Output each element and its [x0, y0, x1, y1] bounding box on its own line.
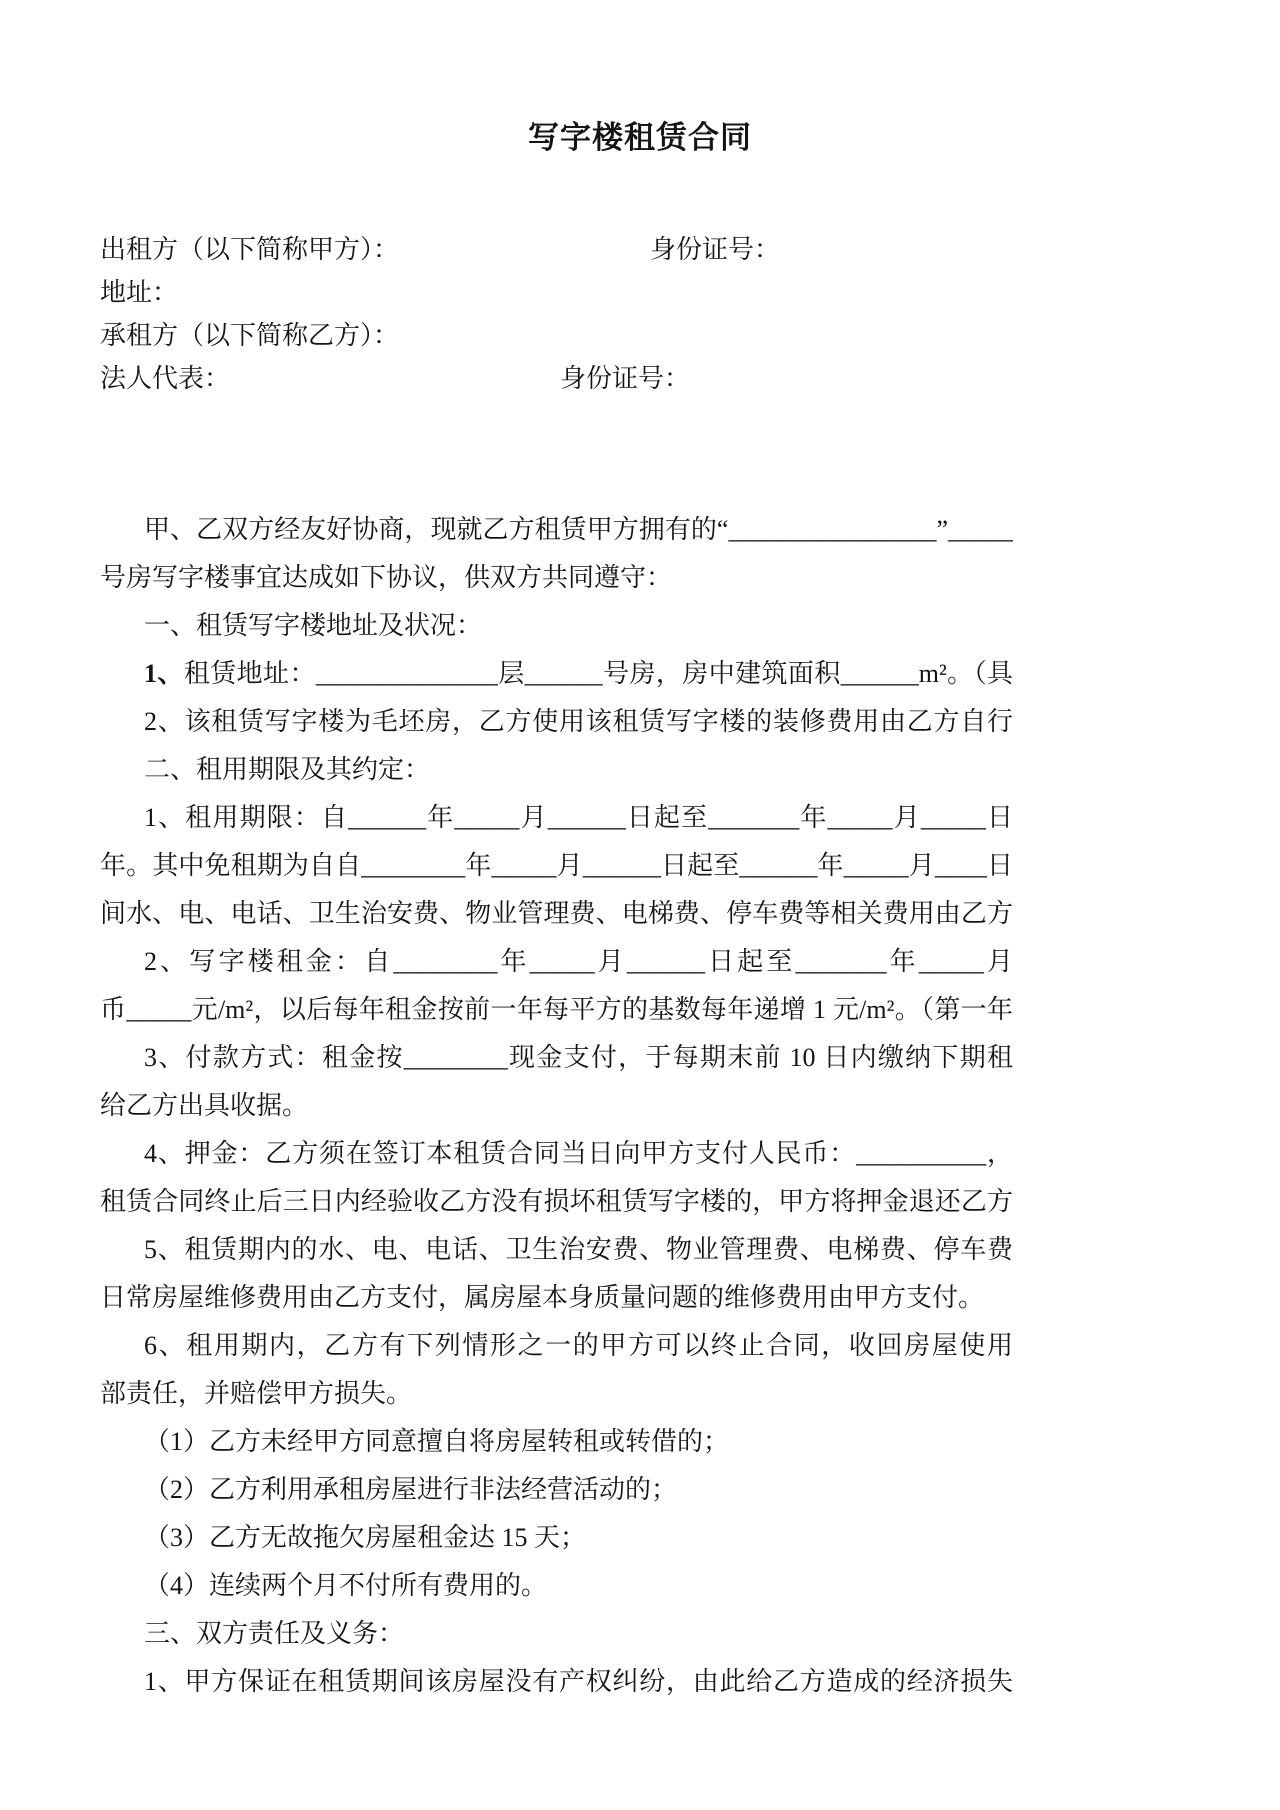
- lessor-line: 出租方（以下简称甲方）： 身份证号：: [100, 228, 1013, 271]
- contract-line: 2、写字楼租金：自________年_____月______日起至_______…: [100, 938, 1013, 986]
- contract-line: 给乙方出具收据。: [100, 1082, 1013, 1130]
- contract-document-page: 写字楼租赁合同 出租方（以下简称甲方）： 身份证号： 地址： 承租方（以下简称乙…: [0, 0, 1280, 1810]
- contract-line: 4、押金：乙方须在签订本租赁合同当日向甲方支付人民币：__________，作为…: [100, 1130, 1013, 1178]
- contract-line: 1、租赁地址：______________层______号房，房中建筑面积___…: [100, 650, 1013, 698]
- address-line: 地址：: [100, 271, 1013, 314]
- contract-line: 2、该租赁写字楼为毛坯房，乙方使用该租赁写字楼的装修费用由乙方自行承担。: [100, 698, 1013, 746]
- contract-line: 年。其中免租期为自自________年_____月______日起至______…: [100, 842, 1013, 890]
- contract-line: 币_____元/m²，以后每年租金按前一年每平方的基数每年递增 1 元/m²。（…: [100, 986, 1013, 1034]
- contract-line: 1、租用期限：自______年_____月______日起至_______年__…: [100, 794, 1013, 842]
- legal-rep-line: 法人代表： 身份证号：: [100, 357, 1013, 400]
- contract-line: 间水、电、电话、卫生治安费、物业管理费、电梯费、停车费等相关费用由乙方承担。: [100, 890, 1013, 938]
- document-title: 写字楼租赁合同: [0, 112, 1280, 157]
- contract-subclause: （4）连续两个月不付所有费用的。: [100, 1562, 1013, 1610]
- contract-line: 3、付款方式：租金按________现金支付，于每期末前 10 日内缴纳下期租金…: [100, 1034, 1013, 1082]
- parties-info-block: 出租方（以下简称甲方）： 身份证号： 地址： 承租方（以下简称乙方）： 法人代表…: [100, 228, 1013, 400]
- contract-section-heading: 三、双方责任及义务：: [100, 1610, 1013, 1658]
- contract-line: 1、甲方保证在租赁期间该房屋没有产权纠纷，由此给乙方造成的经济损失由甲方负责赔: [100, 1658, 1013, 1706]
- contract-section-heading: 二、租用期限及其约定：: [100, 746, 1013, 794]
- legal-rep-id-label: 身份证号：: [560, 357, 690, 400]
- lessor-label: 出租方（以下简称甲方）：: [100, 235, 399, 264]
- contract-line: 甲、乙双方经友好协商，现就乙方租赁甲方拥有的“________________”…: [100, 506, 1013, 554]
- contract-subclause: （2）乙方利用承租房屋进行非法经营活动的；: [100, 1466, 1013, 1514]
- lessor-id-label: 身份证号：: [650, 228, 780, 271]
- lessee-line: 承租方（以下简称乙方）：: [100, 314, 1013, 357]
- contract-subclause: （1）乙方未经甲方同意擅自将房屋转租或转借的；: [100, 1418, 1013, 1466]
- contract-subclause: （3）乙方无故拖欠房屋租金达 15 天；: [100, 1514, 1013, 1562]
- lessee-label: 承租方（以下简称乙方）：: [100, 321, 399, 350]
- address-label: 地址：: [100, 278, 178, 307]
- clause-text: 租赁地址：______________层______号房，房中建筑面积_____…: [144, 659, 1013, 698]
- contract-body: 甲、乙双方经友好协商，现就乙方租赁甲方拥有的“________________”…: [100, 506, 1013, 1706]
- contract-line: 部责任，并赔偿甲方损失。: [100, 1370, 1013, 1418]
- contract-line: 租赁合同终止后三日内经验收乙方没有损坏租赁写字楼的，甲方将押金退还乙方（不计利息…: [100, 1178, 1013, 1226]
- contract-line: 日常房屋维修费用由乙方支付，属房屋本身质量问题的维修费用由甲方支付。: [100, 1274, 1013, 1322]
- clause-number: 1、: [144, 659, 184, 688]
- contract-line: 6、租用期内，乙方有下列情形之一的甲方可以终止合同，收回房屋使用权，乙方需但全: [100, 1322, 1013, 1370]
- contract-line: 号房写字楼事宜达成如下协议，供双方共同遵守：: [100, 554, 1013, 602]
- contract-line: 5、租赁期内的水、电、电话、卫生治安费、物业管理费、电梯费、停车费由乙方支付，: [100, 1226, 1013, 1274]
- contract-section-heading: 一、租赁写字楼地址及状况：: [100, 602, 1013, 650]
- legal-rep-label: 法人代表：: [100, 364, 230, 393]
